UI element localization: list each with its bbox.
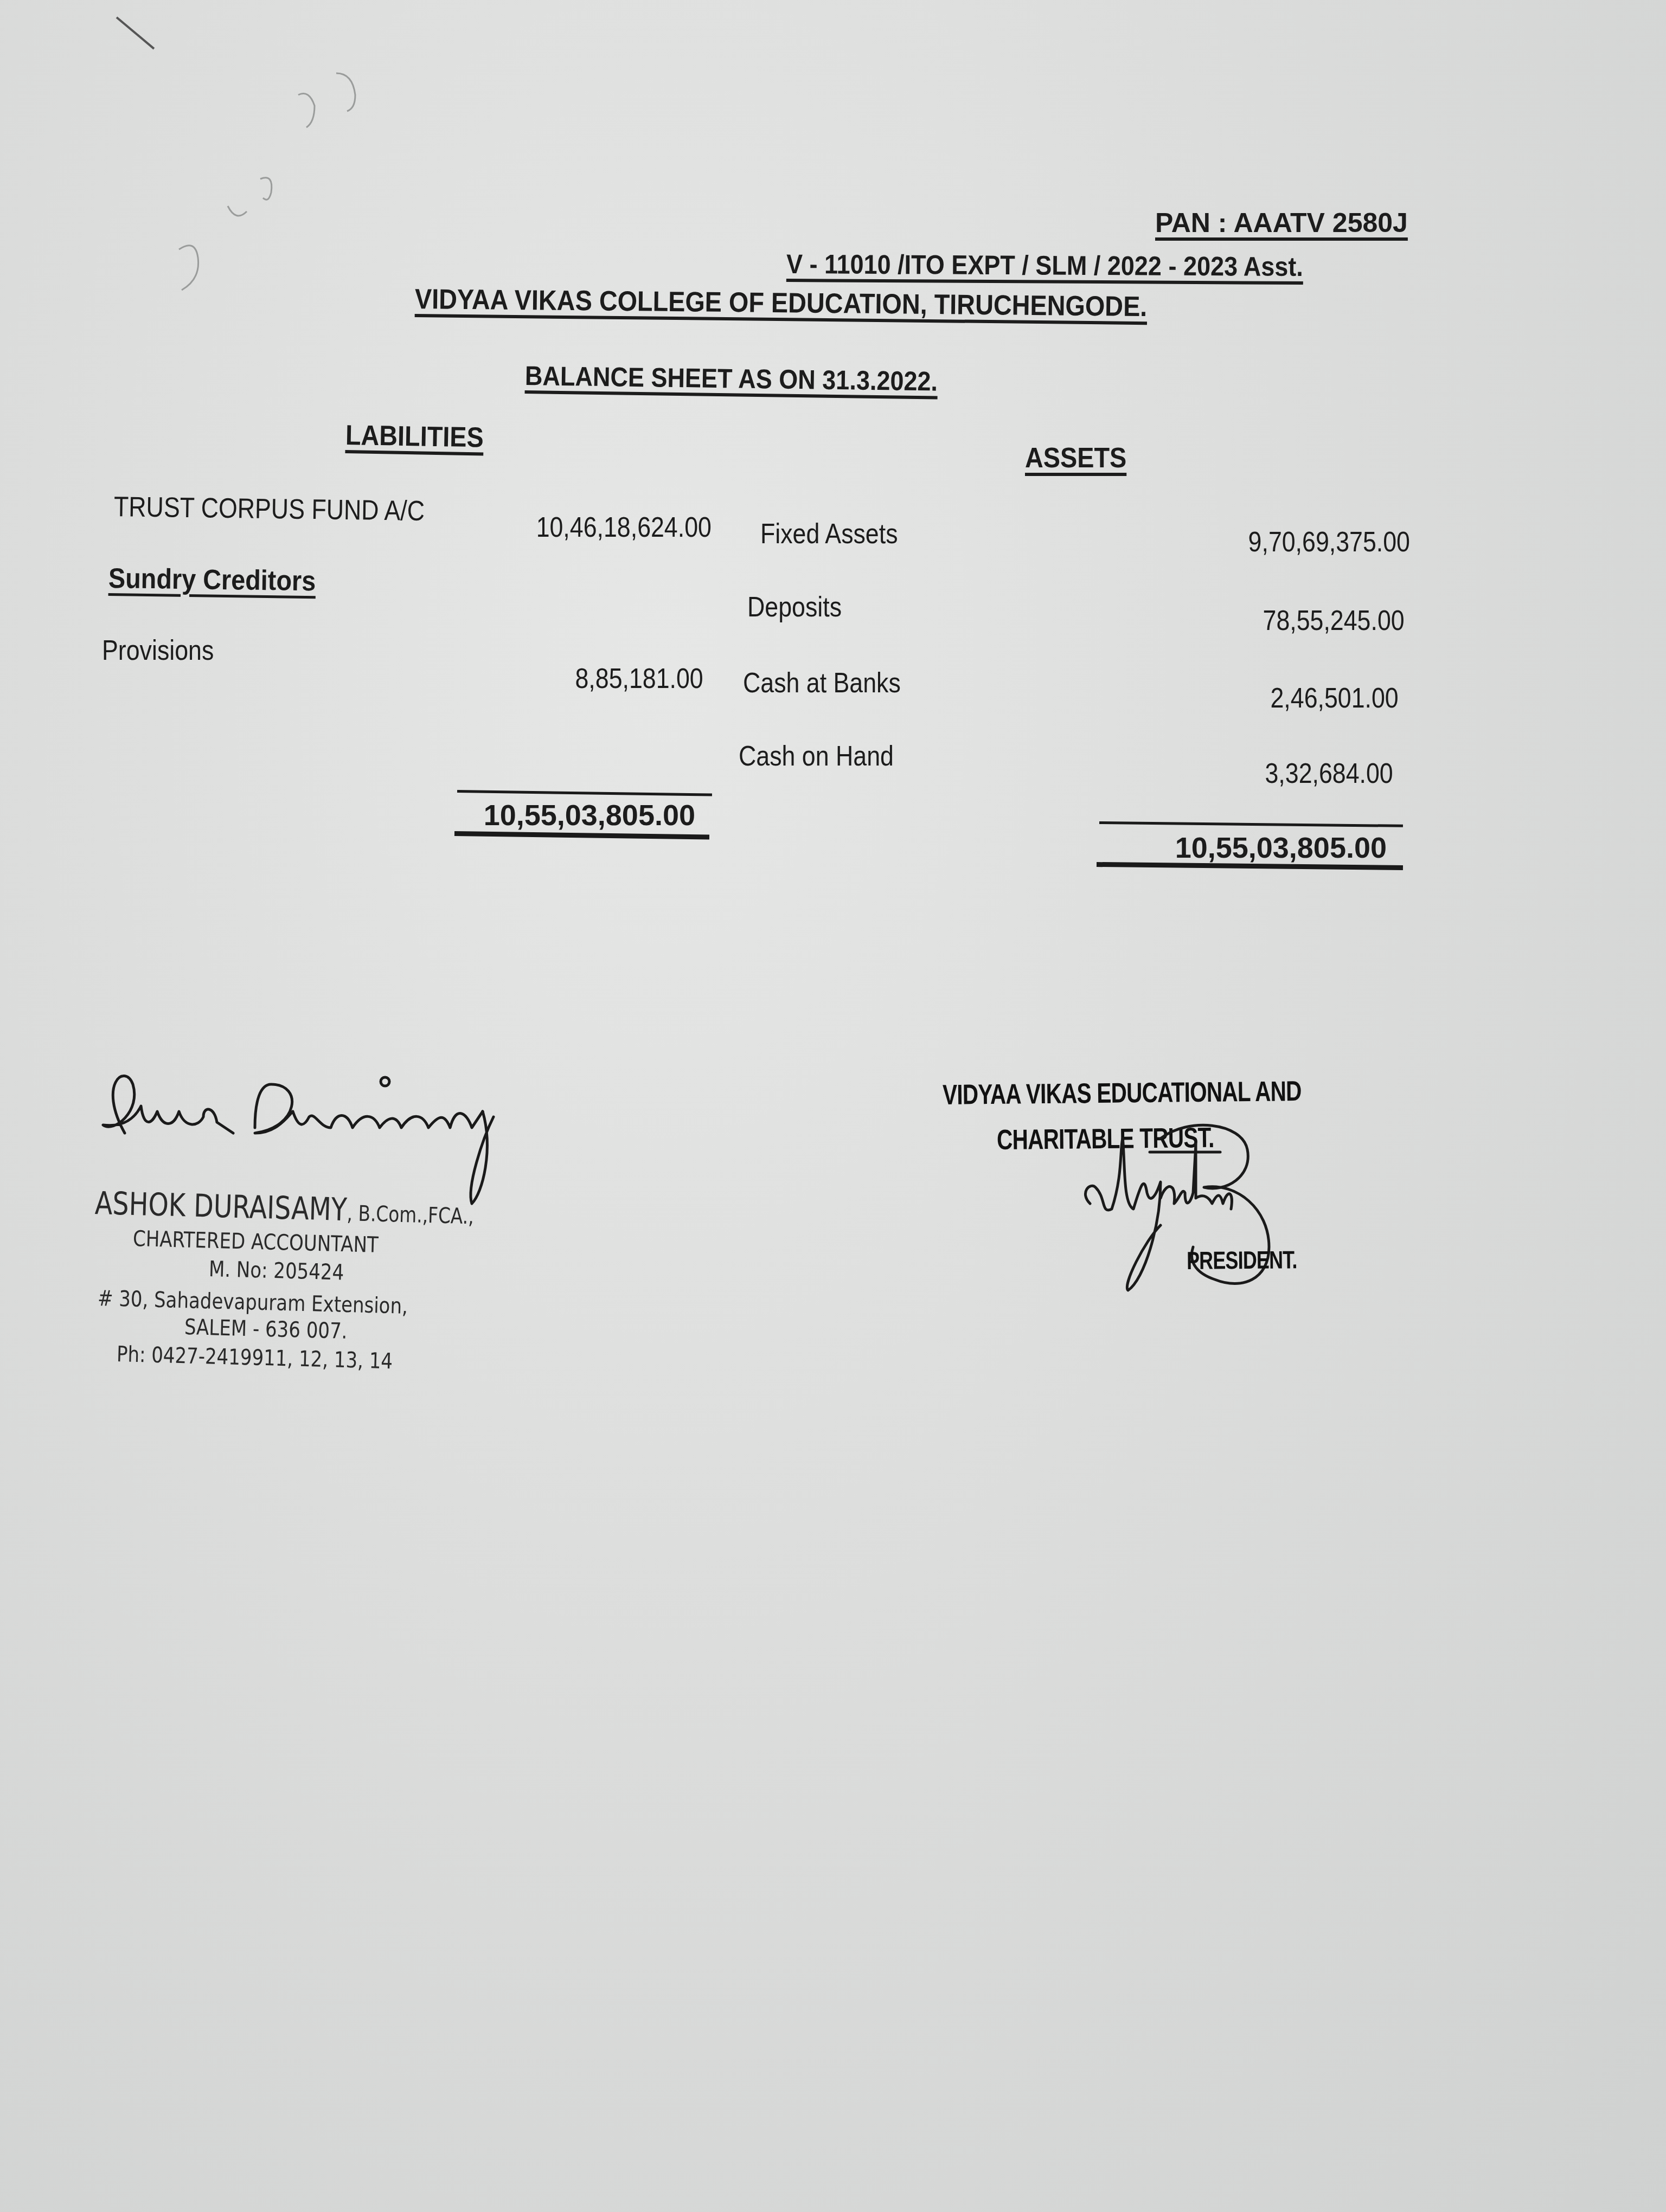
auditor-address-line1: # 30, Sahadevapuram Extension, xyxy=(97,1286,408,1319)
balance-sheet-title: BALANCE SHEET AS ON 31.3.2022. xyxy=(525,360,938,397)
liability-label: TRUST CORPUS FUND A/C xyxy=(114,491,425,528)
auditor-address-line2: SALEM - 636 007. xyxy=(184,1315,348,1344)
liabilities-heading: LABILITIES xyxy=(345,419,484,454)
asset-label: Cash at Banks xyxy=(743,667,901,699)
asset-amount: 9,70,69,375.00 xyxy=(1248,526,1410,558)
pen-mark xyxy=(116,16,155,49)
total-top-rule xyxy=(1099,821,1403,827)
auditor-designation: CHARTERED ACCOUNTANT xyxy=(132,1226,379,1258)
asset-label: Deposits xyxy=(747,591,842,623)
pencil-marks xyxy=(136,70,407,276)
auditor-phone: Ph: 0427-2419911, 12, 13, 14 xyxy=(116,1342,393,1374)
asset-amount: 78,55,245.00 xyxy=(1263,605,1405,637)
total-top-rule xyxy=(457,790,712,796)
liability-label: Provisions xyxy=(102,634,214,667)
assets-total: 10,55,03,805.00 xyxy=(1175,831,1387,865)
trust-name-line1: VIDYAA VIKAS EDUCATIONAL AND xyxy=(943,1075,1302,1111)
assets-heading: ASSETS xyxy=(1025,442,1126,474)
reference-number: V - 11010 /ITO EXPT / SLM / 2022 - 2023 … xyxy=(786,248,1303,282)
institution-name: VIDYAA VIKAS COLLEGE OF EDUCATION, TIRUC… xyxy=(415,283,1148,323)
liabilities-total: 10,55,03,805.00 xyxy=(484,799,695,832)
asset-amount: 3,32,684.00 xyxy=(1265,757,1393,790)
pan-number: PAN : AAATV 2580J xyxy=(1155,207,1408,239)
president-signature-icon xyxy=(1079,1117,1340,1312)
asset-label: Cash on Hand xyxy=(739,740,894,773)
auditor-qualification: , B.Com.,FCA., xyxy=(347,1201,474,1229)
trust-president-label: PRESIDENT. xyxy=(1187,1245,1297,1275)
asset-label: Fixed Assets xyxy=(760,518,898,550)
total-bottom-rule xyxy=(454,831,709,840)
liability-amount: 8,85,181.00 xyxy=(575,663,703,695)
auditor-name: ASHOK DURAISAMY xyxy=(94,1185,348,1228)
asset-amount: 2,46,501.00 xyxy=(1271,682,1399,715)
liability-subheading: Sundry Creditors xyxy=(108,562,316,597)
auditor-membership: M. No: 205424 xyxy=(208,1257,344,1285)
liability-amount: 10,46,18,624.00 xyxy=(536,511,712,544)
